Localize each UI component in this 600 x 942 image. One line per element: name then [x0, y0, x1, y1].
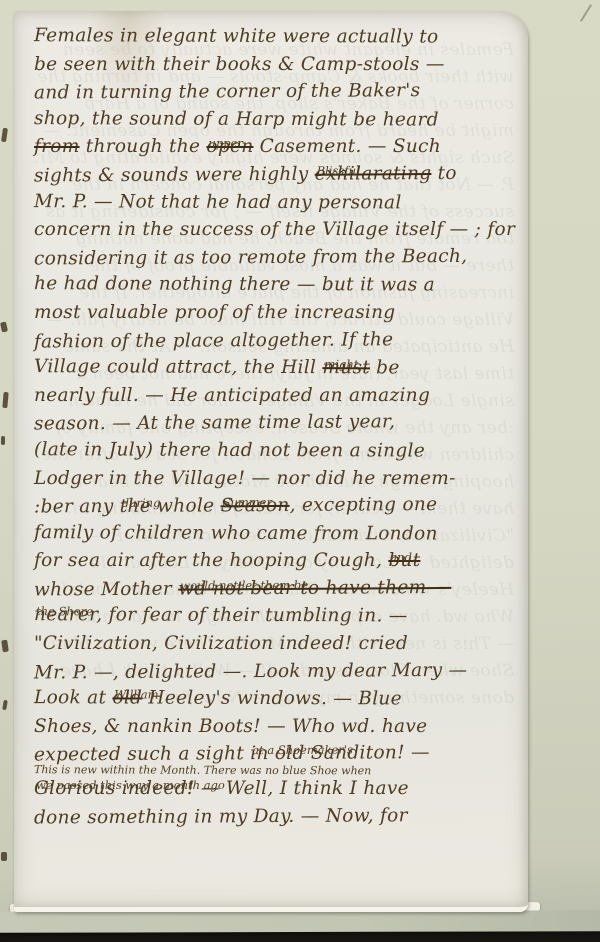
manuscript-line: considering it as too remote from the Be…	[34, 242, 520, 273]
manuscript-line: be seen with their books & Camp-stools —	[34, 51, 520, 79]
manuscript-line: done something in my Day. — Now, for	[34, 801, 520, 832]
manuscript-line: "Civilization, Civilization indeed! crie…	[34, 630, 520, 658]
text-run: season. — At the same time last year,	[34, 412, 395, 435]
inserted-text: the Shore	[36, 606, 93, 617]
text-run: and in turning the corner of the Baker's	[34, 80, 421, 103]
manuscript-line: concern in the success of the Village it…	[34, 216, 520, 244]
manuscript-line: most valuable proof of the increasing	[34, 299, 520, 327]
manuscript-line: (late in July) there had not been a sing…	[34, 436, 520, 465]
struck-text: butand,	[388, 550, 420, 571]
struck-text: mustmight	[322, 357, 370, 378]
text-run: whole	[151, 495, 221, 516]
text-run: through the	[80, 136, 207, 157]
struck-text: wd not bear to have themwould not let th…	[178, 577, 426, 600]
struck-text: —	[426, 577, 451, 598]
manuscript-line: season. — At the same time last year,	[34, 408, 520, 439]
inserted-text: we passed this way a month ago	[36, 780, 225, 791]
text-run: nearer,the Shore	[34, 605, 103, 626]
text-run: be seen with their books & Camp-stools —	[34, 54, 445, 75]
manuscript-line: Glorious indeed! we passed this way a mo…	[34, 775, 520, 803]
text-run: sights & sounds were highly	[34, 164, 315, 187]
manuscript-line: sights & sounds were highly exhilarating…	[34, 159, 520, 190]
text-run: theduring	[120, 496, 151, 517]
inserted-text: would not let them be	[180, 579, 308, 591]
text-run: for sea air after the hooping Cough,	[34, 550, 388, 571]
text-run: be	[370, 357, 400, 378]
inserted-text: Blissful	[317, 165, 360, 176]
manuscript-line: Mr. P. —, delighted —. Look my dear Mary…	[34, 656, 520, 687]
manuscript-line: for sea air after the hooping Cough, but…	[34, 547, 520, 575]
text-run: Mr. P. —, delighted —. Look my dear Mary…	[34, 659, 467, 683]
text-run: fashion of the place altogether. If the	[34, 329, 393, 352]
manuscript-line: nearer,the Shore for fear of their tumbl…	[34, 602, 520, 631]
text-run: considering it as too remote from the Be…	[34, 246, 467, 270]
manuscript-line: Lodger in the Village! — nor did he reme…	[34, 465, 520, 493]
text-run: for fear of their tumbling in. —	[102, 605, 407, 627]
text-run: to	[431, 163, 456, 184]
manuscript-line: Village could attract, the Hill mustmigh…	[34, 353, 520, 382]
text-run: — Well, I think I have	[201, 778, 409, 799]
text-run: Mr. P. — Not that he had any personal	[34, 191, 402, 213]
text-run: concern in the success of the Village it…	[34, 219, 515, 240]
text-run: Sanditon! —	[305, 743, 430, 765]
struck-text: SeasonSummer	[220, 495, 289, 516]
manuscript-line: Females in elegant white were actually t…	[34, 22, 520, 51]
text-run: Casement. — Such	[253, 136, 440, 157]
text-run: in oldat a Shoemaker's	[250, 743, 305, 764]
binding-ink-speck	[1, 436, 5, 445]
text-run: Heeley's windows. — Blue	[142, 688, 402, 710]
manuscript-line: whose Mother wd not bear to have themwou…	[34, 573, 520, 604]
text-run: he had done nothing there — but it was a	[34, 273, 435, 295]
struck-text: openupper	[206, 136, 253, 157]
text-run: "Civilization, Civilization indeed! crie…	[34, 633, 408, 654]
manuscript-line: from through the openupper Casement. — S…	[34, 133, 520, 161]
inserted-text: and,	[390, 552, 415, 563]
text-run: family of children who came from London	[34, 522, 438, 544]
manuscript-line: Look at oldWilliam Heeley's windows. — B…	[34, 684, 520, 713]
text-run: shop, the sound of a Harp might be heard	[34, 108, 439, 130]
text-run: whose Mother	[34, 578, 178, 600]
inserted-text: upper	[208, 138, 242, 149]
inserted-text: might	[324, 359, 358, 370]
struck-text: oldWilliam	[112, 688, 142, 709]
manuscript-line: Mr. P. — Not that he had any personal	[34, 188, 520, 217]
struck-text: exhilaratingBlissful	[315, 163, 432, 185]
text-run: Shoes, & nankin Boots! — Who wd. have	[34, 716, 427, 737]
text-run: (late in July) there had not been a sing…	[34, 439, 425, 461]
binding-ink-speck	[1, 852, 7, 861]
manuscript-line: Shoes, & nankin Boots! — Who wd. have	[34, 713, 520, 741]
text-run: Village could attract, the Hill	[34, 356, 322, 378]
text-run: Lodger in the Village! — nor did he reme…	[34, 468, 456, 489]
text-run: Females in elegant white were actually t…	[34, 25, 438, 47]
manuscript-line: :ber any theduring whole SeasonSummer, e…	[34, 491, 520, 522]
manuscript-line: fashion of the place altogether. If the	[34, 325, 520, 356]
text-run: done something in my Day. — Now, for	[34, 805, 408, 828]
notebook-under-band	[0, 910, 600, 933]
manuscript-line: and in turning the corner of the Baker's	[34, 77, 520, 108]
text-run: Look at	[34, 687, 112, 708]
manuscript-line: family of children who came from London	[34, 519, 520, 548]
manuscript-line: he had done nothing there — but it was a	[34, 270, 520, 299]
text-run: , excepting one	[289, 494, 437, 516]
text-run: Glorious indeed! we passed this way a mo…	[34, 778, 201, 799]
text-run: most valuable proof of the increasing	[34, 302, 395, 323]
text-run: :ber any	[34, 496, 120, 518]
manuscript-line: nearly full. — He anticipated an amazing	[34, 382, 520, 410]
struck-text: from	[34, 136, 80, 157]
text-run: nearly full. — He anticipated an amazing	[34, 385, 430, 406]
manuscript-text: Females in elegant white were actually t…	[34, 23, 520, 907]
manuscript-page: Females in elegant white were actually t…	[14, 11, 528, 912]
manuscript-line: shop, the sound of a Harp might be heard	[34, 105, 520, 134]
inserted-text: Summer	[223, 497, 272, 508]
